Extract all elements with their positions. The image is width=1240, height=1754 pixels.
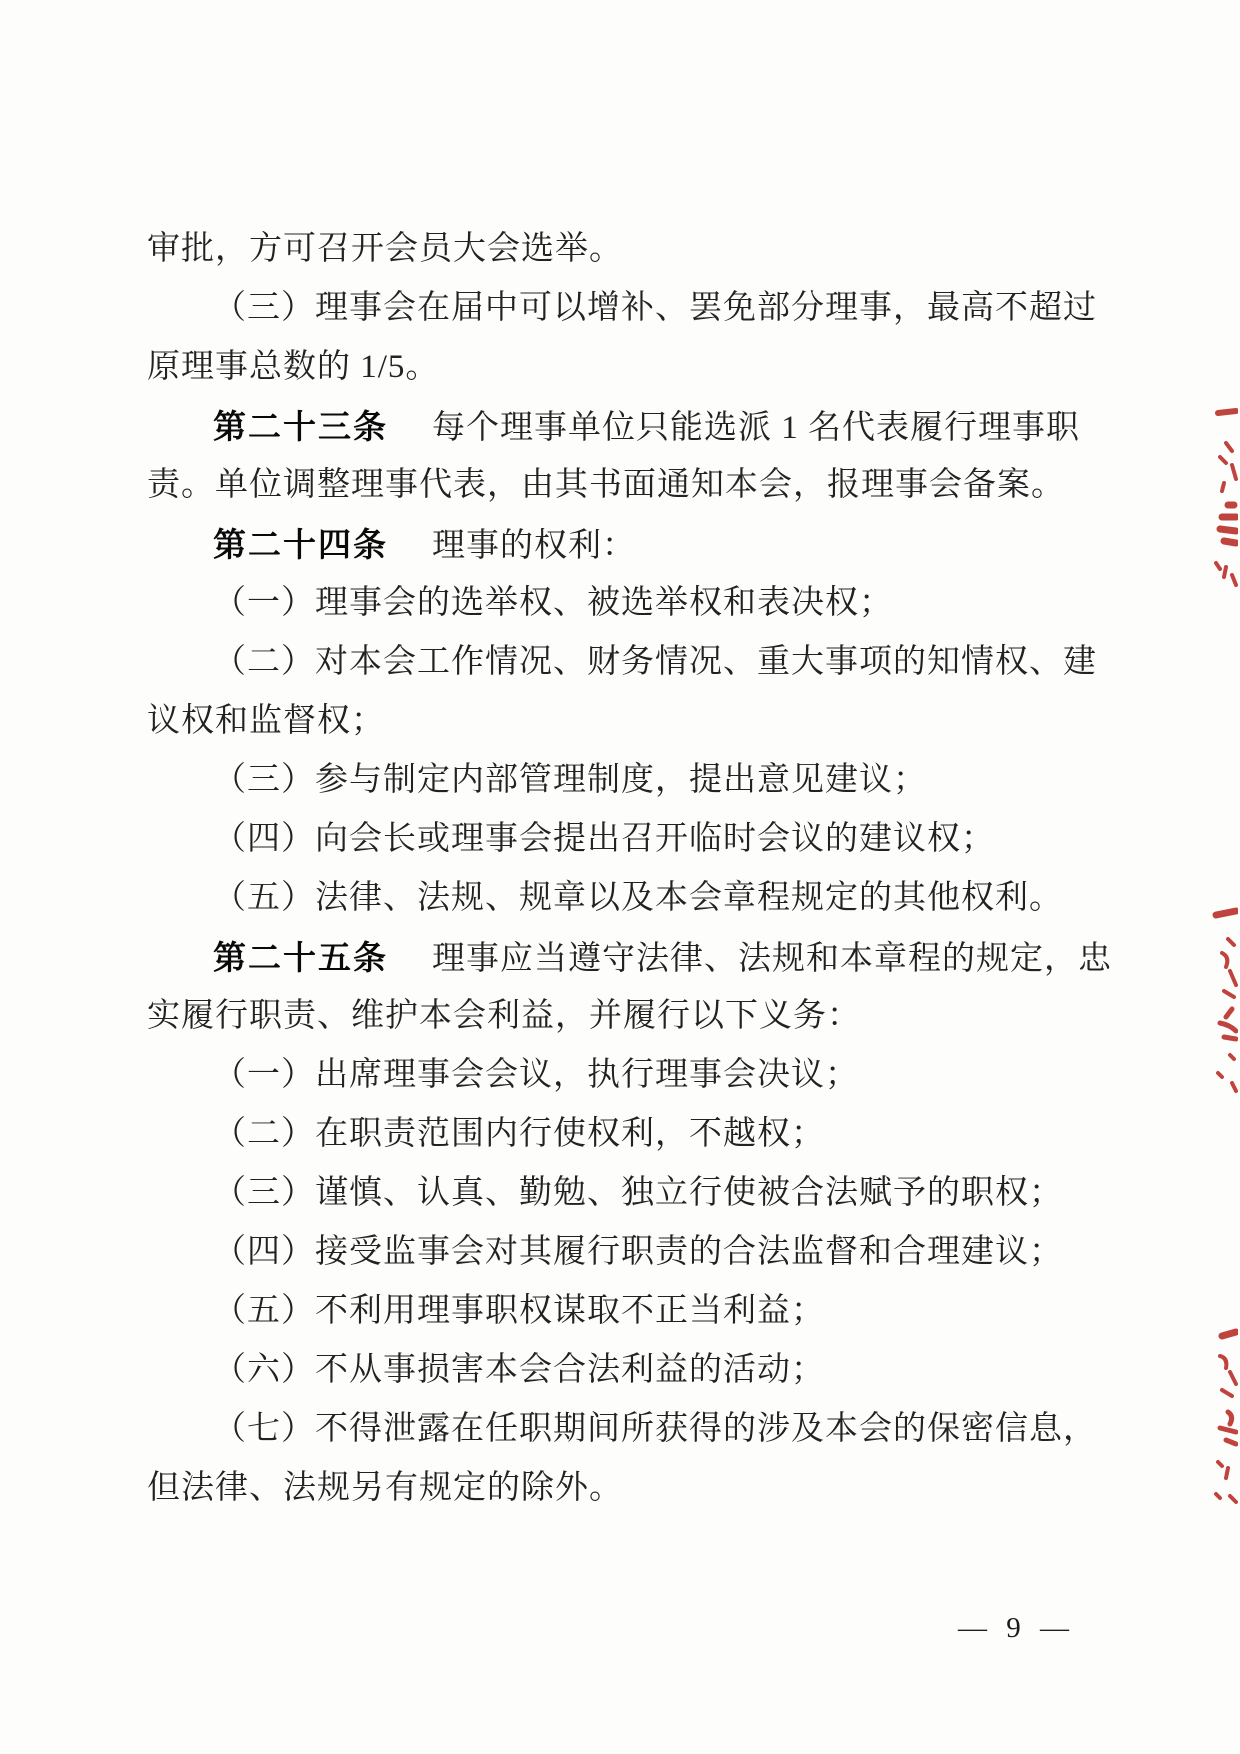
- text-line article-heading-line: 第二十五条理事应当遵守法律、法规和本章程的规定，忠: [147, 928, 1157, 987]
- line-text: 每个理事单位只能选派 1 名代表履行理事职: [432, 410, 1080, 446]
- line-text: （五）法律、法规、规章以及本会章程规定的其他权利。: [213, 880, 1063, 916]
- line-text: 原理事总数的 1/5。: [147, 349, 439, 385]
- text-line: 原理事总数的 1/5。: [147, 338, 1157, 397]
- document-body: 审批，方可召开会员大会选举。 （三）理事会在届中可以增补、罢免部分理事，最高不超…: [147, 220, 1157, 1518]
- line-text: （一）理事会的选举权、被选举权和表决权；: [213, 585, 893, 621]
- red-margin-mark: [1212, 1328, 1238, 1508]
- line-text: （七）不得泄露在任职期间所获得的涉及本会的保密信息，: [213, 1411, 1097, 1447]
- line-text: （二）对本会工作情况、财务情况、重大事项的知情权、建: [213, 644, 1097, 680]
- line-text: 但法律、法规另有规定的除外。: [147, 1470, 623, 1506]
- text-line article-heading-line: 第二十三条每个理事单位只能选派 1 名代表履行理事职: [147, 397, 1157, 456]
- line-text: 审批，方可召开会员大会选举。: [147, 231, 623, 267]
- text-line: 议权和监督权；: [147, 692, 1157, 751]
- text-line: （三）理事会在届中可以增补、罢免部分理事，最高不超过: [147, 279, 1157, 338]
- red-margin-mark: [1212, 405, 1238, 590]
- text-line: 审批，方可召开会员大会选举。: [147, 220, 1157, 279]
- line-text: （二）在职责范围内行使权利，不越权；: [213, 1116, 825, 1152]
- line-text: 理事的权利：: [432, 528, 636, 564]
- text-line: （三）谨慎、认真、勤勉、独立行使被合法赋予的职权；: [147, 1164, 1157, 1223]
- document-page: 审批，方可召开会员大会选举。 （三）理事会在届中可以增补、罢免部分理事，最高不超…: [0, 0, 1240, 1754]
- page-number: — 9 —: [958, 1612, 1075, 1645]
- line-text: 实履行职责、维护本会利益，并履行以下义务：: [147, 998, 861, 1034]
- text-line: （一）出席理事会会议，执行理事会决议；: [147, 1046, 1157, 1105]
- line-text: （六）不从事损害本会合法利益的活动；: [213, 1352, 825, 1388]
- text-line: （六）不从事损害本会合法利益的活动；: [147, 1341, 1157, 1400]
- text-line: （四）向会长或理事会提出召开临时会议的建议权；: [147, 810, 1157, 869]
- text-line: 但法律、法规另有规定的除外。: [147, 1459, 1157, 1518]
- text-line: （一）理事会的选举权、被选举权和表决权；: [147, 574, 1157, 633]
- line-text: （三）参与制定内部管理制度，提出意见建议；: [213, 762, 927, 798]
- text-line: （四）接受监事会对其履行职责的合法监督和合理建议；: [147, 1223, 1157, 1282]
- text-line: 责。单位调整理事代表，由其书面通知本会，报理事会备案。: [147, 456, 1157, 515]
- line-text: 责。单位调整理事代表，由其书面通知本会，报理事会备案。: [147, 467, 1065, 503]
- line-text: （五）不利用理事职权谋取不正当利益；: [213, 1293, 825, 1329]
- line-text: 议权和监督权；: [147, 703, 385, 739]
- line-text: （四）向会长或理事会提出召开临时会议的建议权；: [213, 821, 995, 857]
- line-text: （三）理事会在届中可以增补、罢免部分理事，最高不超过: [213, 290, 1097, 326]
- article-number-label: 第二十四条: [213, 526, 388, 563]
- red-margin-mark: [1212, 905, 1238, 1100]
- article-number-label: 第二十五条: [213, 939, 388, 976]
- text-line: （二）在职责范围内行使权利，不越权；: [147, 1105, 1157, 1164]
- article-number-label: 第二十三条: [213, 408, 388, 445]
- line-text: 理事应当遵守法律、法规和本章程的规定，忠: [432, 941, 1112, 977]
- line-text: （四）接受监事会对其履行职责的合法监督和合理建议；: [213, 1234, 1063, 1270]
- text-line: （二）对本会工作情况、财务情况、重大事项的知情权、建: [147, 633, 1157, 692]
- line-text: （一）出席理事会会议，执行理事会决议；: [213, 1057, 859, 1093]
- line-text: （三）谨慎、认真、勤勉、独立行使被合法赋予的职权；: [213, 1175, 1063, 1211]
- text-line: （五）法律、法规、规章以及本会章程规定的其他权利。: [147, 869, 1157, 928]
- text-line: 实履行职责、维护本会利益，并履行以下义务：: [147, 987, 1157, 1046]
- text-line: （五）不利用理事职权谋取不正当利益；: [147, 1282, 1157, 1341]
- text-line: （三）参与制定内部管理制度，提出意见建议；: [147, 751, 1157, 810]
- text-line article-heading-line: 第二十四条理事的权利：: [147, 515, 1157, 574]
- text-line: （七）不得泄露在任职期间所获得的涉及本会的保密信息，: [147, 1400, 1157, 1459]
